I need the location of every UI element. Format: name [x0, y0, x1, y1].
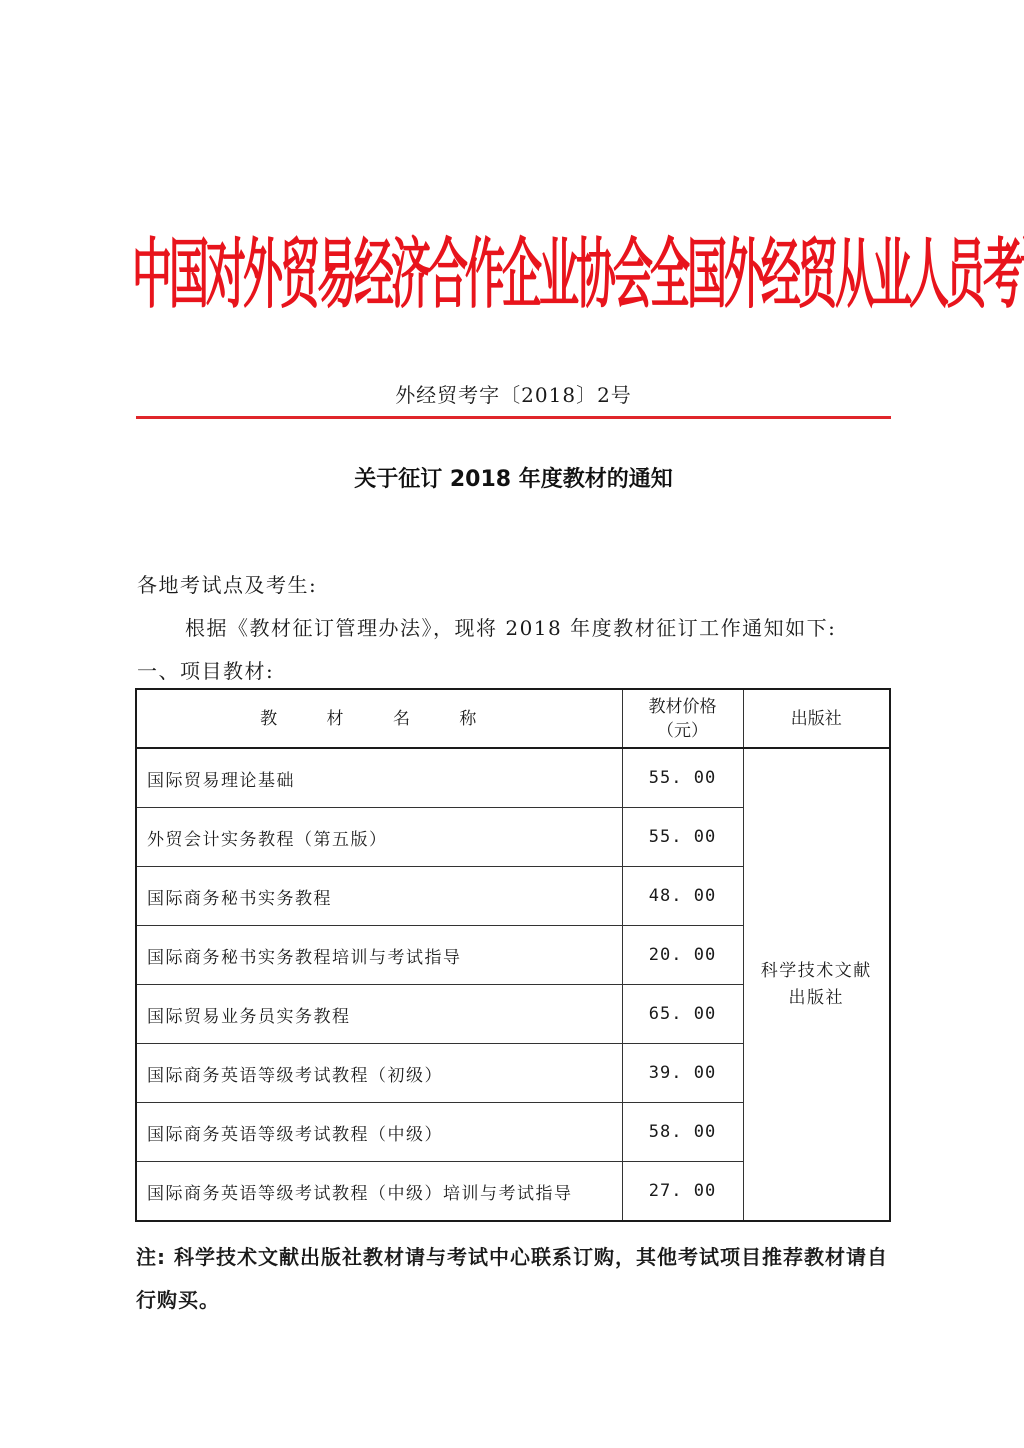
- book-name: 外贸会计实务教程（第五版）: [136, 808, 622, 867]
- organization-masthead: 中国对外贸易经济合作企业协会全国外经贸从业人员考试中心: [132, 173, 897, 378]
- book-name: 国际商务英语等级考试教程（中级）: [136, 1103, 622, 1162]
- footnote: 注: 科学技术文献出版社教材请与考试中心联系订购，其他考试项目推荐教材请自行购买…: [136, 1236, 896, 1322]
- publisher-line2: 出版社: [744, 985, 890, 1012]
- publisher-line1: 科学技术文献: [744, 958, 890, 985]
- page-title: 关于征订 2018 年度教材的通知: [136, 462, 891, 498]
- book-price: 58. 00: [622, 1103, 743, 1162]
- book-price: 55. 00: [622, 808, 743, 867]
- document-number: 外经贸考字〔2018〕2号: [136, 379, 891, 411]
- publisher-cell: 科学技术文献 出版社: [743, 748, 890, 1221]
- red-divider: [136, 416, 891, 419]
- table-row: 国际贸易理论基础 55. 00 科学技术文献 出版社: [136, 748, 890, 808]
- book-name: 国际商务英语等级考试教程（初级）: [136, 1044, 622, 1103]
- header-price: 教材价格 （元）: [622, 689, 743, 748]
- book-price: 48. 00: [622, 867, 743, 926]
- book-name: 国际贸易业务员实务教程: [136, 985, 622, 1044]
- header-name-label: 教 材 名 称: [260, 709, 498, 729]
- intro-paragraph: 根据《教材征订管理办法》，现将 2018 年度教材征订工作通知如下:: [185, 613, 836, 643]
- book-price: 55. 00: [622, 748, 743, 808]
- header-name: 教 材 名 称: [136, 689, 622, 748]
- table-header-row: 教 材 名 称 教材价格 （元） 出版社: [136, 689, 890, 748]
- header-publisher: 出版社: [743, 689, 890, 748]
- book-price: 65. 00: [622, 985, 743, 1044]
- header-price-line2: （元）: [623, 719, 743, 743]
- book-price: 39. 00: [622, 1044, 743, 1103]
- header-price-line1: 教材价格: [623, 695, 743, 719]
- book-name: 国际商务秘书实务教程: [136, 867, 622, 926]
- book-price: 27. 00: [622, 1162, 743, 1222]
- book-price: 20. 00: [622, 926, 743, 985]
- section-heading: 一、项目教材:: [137, 656, 274, 686]
- textbook-table: 教 材 名 称 教材价格 （元） 出版社 国际贸易理论基础 55. 00 科学技…: [135, 688, 891, 1222]
- salutation: 各地考试点及考生:: [137, 570, 317, 600]
- book-name: 国际商务英语等级考试教程（中级）培训与考试指导: [136, 1162, 622, 1222]
- book-name: 国际商务秘书实务教程培训与考试指导: [136, 926, 622, 985]
- book-name: 国际贸易理论基础: [136, 748, 622, 808]
